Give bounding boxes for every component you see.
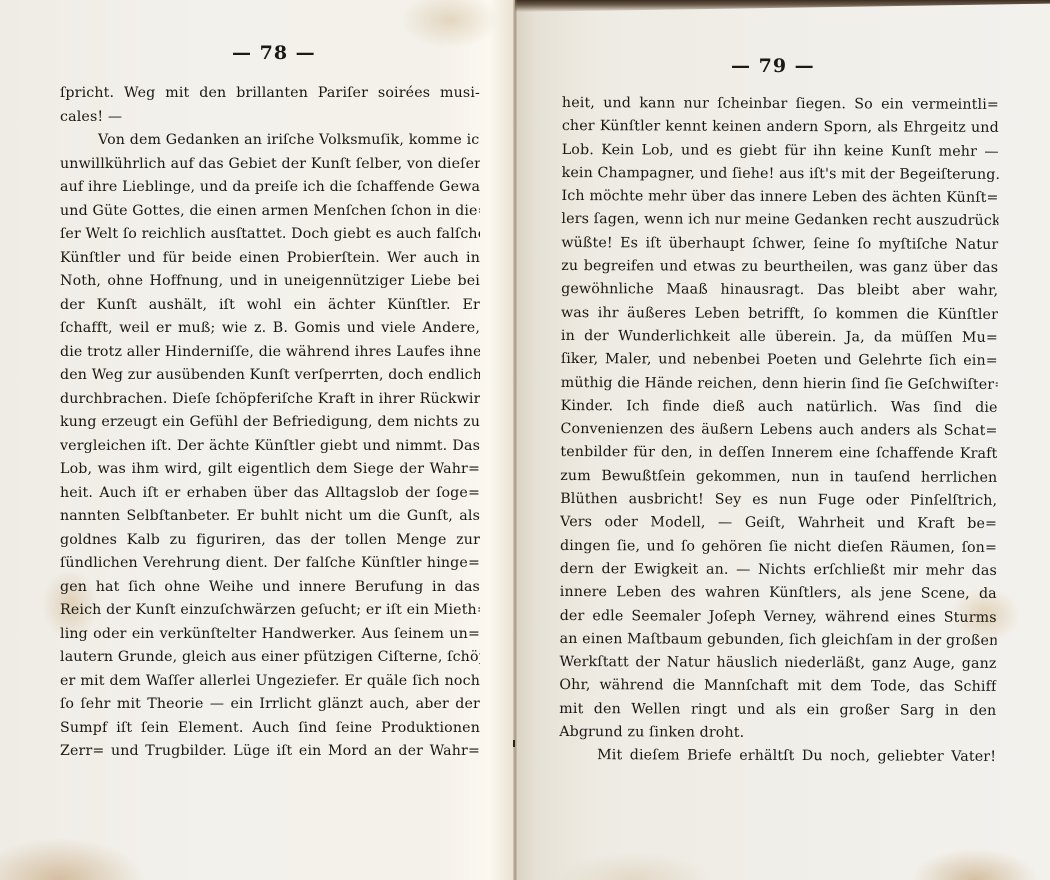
- text-line: Ohr, während die Mannſchaft mit dem Tode…: [559, 674, 996, 699]
- text-line: den Weg zur ausübenden Kunſt verſperrten…: [60, 364, 480, 388]
- text-line: der Kunſt aushält, iſt wohl ein ächter K…: [60, 294, 480, 318]
- text-line: Abgrund zu ſinken droht.: [559, 721, 996, 746]
- text-line: tenbilder für den, in deſſen Innerem ein…: [560, 441, 997, 466]
- text-line: Ich möchte mehr über das innere Leben de…: [561, 185, 998, 210]
- text-line: Kinder. Ich finde dieß auch natürlich. W…: [561, 395, 998, 420]
- text-line: müthig die Hände reichen, denn hierin ſi…: [561, 372, 998, 397]
- text-line: Lob. Kein Lob, und es giebt für ihn kein…: [562, 139, 999, 164]
- page-text: ſpricht. Weg mit den brillanten Pariſer …: [60, 82, 480, 764]
- text-line: durchbrachen. Dieſe ſchöpferiſche Kraft …: [60, 388, 480, 412]
- text-line: ſchafft, weil er muß; wie z. B. Gomis un…: [60, 317, 480, 341]
- text-line: an einen Maſtbaum gebunden, ſich gleichſ…: [560, 628, 997, 653]
- page-text: heit, und kann nur ſcheinbar ſiegen. So …: [559, 92, 999, 770]
- text-line: dern der Ewigkeit an. — Nichts erſchließ…: [560, 558, 997, 583]
- text-line: gen hat ſich ohne Weihe und innere Beruf…: [60, 576, 480, 600]
- text-line: ſündlichen Verehrung dient. Der falſche …: [60, 552, 480, 576]
- text-line: gewöhnliche Maaß hinausragt. Das bleibt …: [561, 278, 998, 303]
- text-line: nannten Selbſtanbeter. Er buhlt nicht um…: [60, 505, 480, 529]
- text-line: Zerr= und Trugbilder. Lüge iſt ein Mord …: [60, 740, 480, 764]
- text-line: auf ihre Lieblinge, und da preiſe ich di…: [60, 176, 480, 200]
- text-line: Noth, ohne Hoffnung, und in uneigennützi…: [60, 270, 480, 294]
- text-line: Mit dieſem Briefe erhältſt Du noch, geli…: [559, 744, 996, 769]
- text-line: und Güte Gottes, die einen armen Menſche…: [60, 200, 480, 224]
- text-line: Vers oder Modell, — Geiſt, Wahrheit und …: [560, 511, 997, 536]
- text-line: lers ſagen, wenn ich nur meine Gedanken …: [561, 208, 998, 233]
- text-line: der edle Seemaler Joſeph Verney, während…: [560, 605, 997, 630]
- text-line: vergleichen iſt. Der ächte Künſtler gieb…: [60, 435, 480, 459]
- text-line: wüßte! Es iſt überhaupt ſchwer, ſeine ſo…: [561, 232, 998, 257]
- text-line: Convenienzen des äußern Lebens auch ande…: [560, 418, 997, 443]
- text-line: Sumpf iſt ſein Element. Auch ſind ſeine …: [60, 717, 480, 741]
- text-line: Von dem Gedanken an iriſche Volksmuſik, …: [60, 129, 480, 153]
- text-line: ſpricht. Weg mit den brillanten Pariſer …: [60, 82, 480, 106]
- book-gutter: [513, 0, 517, 880]
- text-line: Reich der Kunſt einzuſchwärzen geſucht; …: [60, 599, 480, 623]
- right-page: — 79 — heit, und kann nur ſcheinbar ſieg…: [515, 0, 1050, 880]
- page-number: — 79 —: [731, 55, 815, 77]
- text-line: was ihr äußeres Leben betrifft, ſo komme…: [561, 302, 998, 327]
- text-line: er mit dem Waſſer allerlei Ungeziefer. E…: [60, 670, 480, 694]
- text-line: ſo ſehr mit Theorie — ein Irrlicht glänz…: [60, 693, 480, 717]
- text-line: ſer Welt ſo reichlich ausſtattet. Doch g…: [60, 223, 480, 247]
- text-line: mit den Wellen ringt und als ein großer …: [559, 698, 996, 723]
- page-number: — 78 —: [232, 42, 316, 64]
- text-line: Blüthen ausbricht! Sey es nun Fuge oder …: [560, 488, 997, 513]
- text-line: lautern Grunde, gleich aus einer pfützig…: [60, 646, 480, 670]
- text-line: dingen ſie, und ſo gehören ſie nicht die…: [560, 535, 997, 560]
- ink-mark: [513, 740, 515, 747]
- left-page: — 78 — ſpricht. Weg mit den brillanten P…: [0, 0, 515, 880]
- text-line: zum Bewußtſein gekommen, nun in tauſend …: [560, 465, 997, 490]
- text-line: cher Künſtler kennt keinen andern Sporn,…: [562, 115, 999, 140]
- text-line: heit. Auch iſt er erhaben über das Allta…: [60, 482, 480, 506]
- text-line: ling oder ein verkünſtelter Handwerker. …: [60, 623, 480, 647]
- text-line: zu begreifen und etwas zu beurtheilen, w…: [561, 255, 998, 280]
- text-line: innere Leben des wahren Künſtlers, als j…: [560, 581, 997, 606]
- text-line: goldnes Kalb zu figuriren, das der tolle…: [60, 529, 480, 553]
- text-line: Künſtler und für beide einen Probierſtei…: [60, 247, 480, 271]
- text-line: ſiker, Maler, und nebenbei Poeten und Ge…: [561, 348, 998, 373]
- text-line: Lob, was ihm wird, gilt eigentlich dem S…: [60, 458, 480, 482]
- text-line: Werkſtatt der Natur häuslich niederläßt,…: [559, 651, 996, 676]
- text-line: unwillkührlich auf das Gebiet der Kunſt …: [60, 153, 480, 177]
- book-spread: — 78 — ſpricht. Weg mit den brillanten P…: [0, 0, 1050, 880]
- text-line: in der Wunderlichkeit alle überein. Ja, …: [561, 325, 998, 350]
- text-line: die trotz aller Hinderniſſe, die während…: [60, 341, 480, 365]
- text-line: kein Champagner, und ſiehe! aus iſt's mi…: [562, 162, 999, 187]
- text-line: kung erzeugt ein Gefühl der Befriedigung…: [60, 411, 480, 435]
- text-line: cales! —: [60, 106, 480, 130]
- text-line: heit, und kann nur ſcheinbar ſiegen. So …: [562, 92, 999, 117]
